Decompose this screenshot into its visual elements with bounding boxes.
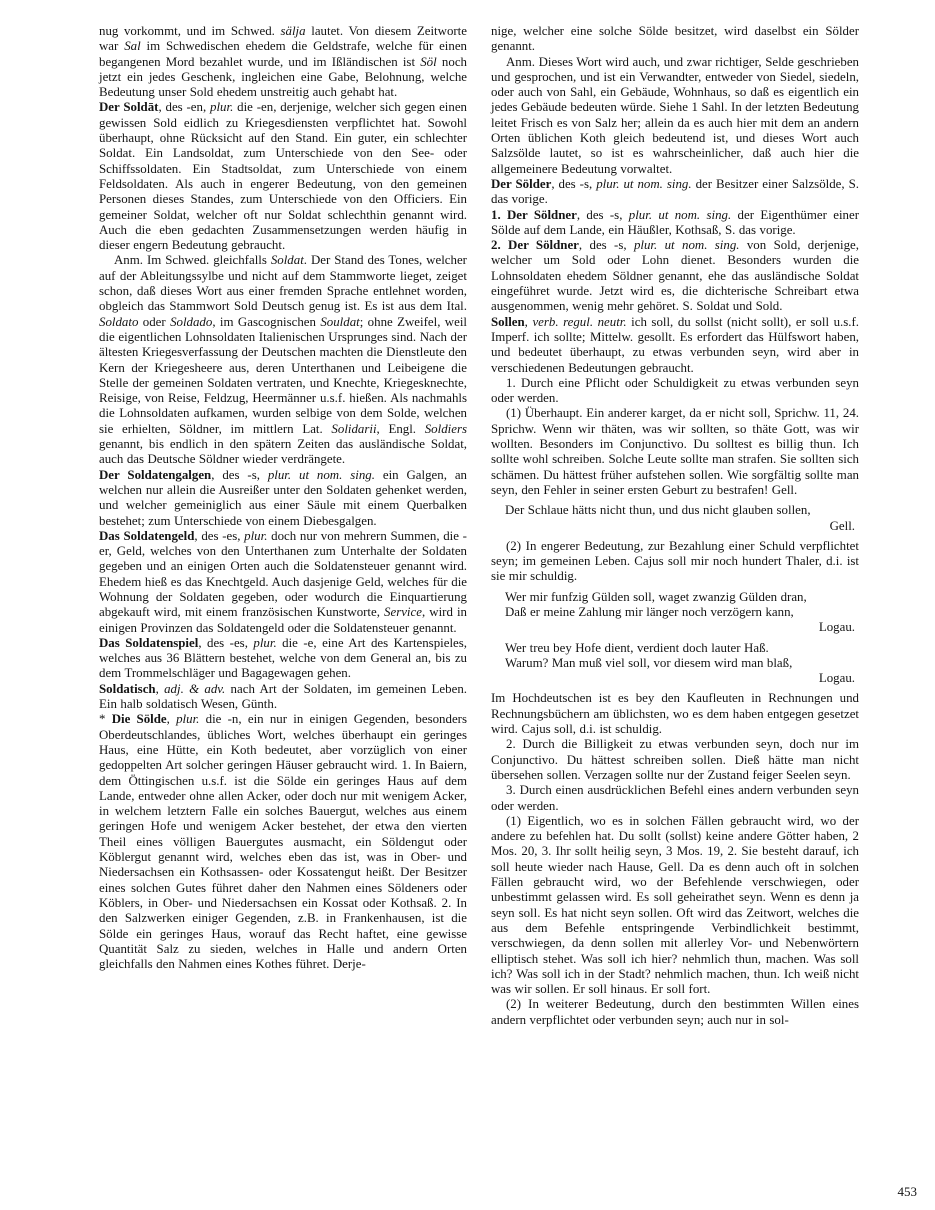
text-run: 1. Durch eine Pflicht oder Schuldigkeit …	[491, 376, 859, 405]
text-run: Im Hochdeutschen ist es bey den Kaufleut…	[491, 691, 859, 736]
continuation-paragraph: nige, welcher eine solche Sölde besitzet…	[491, 24, 859, 55]
verse-paragraph: Daß er meine Zahlung mir länger noch ver…	[491, 605, 859, 620]
verse-paragraph: Warum? Man muß viel soll, vor diesem wir…	[491, 656, 859, 671]
text-run: Warum? Man muß viel soll, vor diesem wir…	[505, 656, 792, 670]
left-column: nug vorkommt, und im Schwed. sälja laute…	[99, 24, 467, 1028]
grammar-label: plur. ut nom. sing.	[629, 208, 731, 222]
text-run: 3. Durch einen ausdrücklichen Befehl ein…	[491, 783, 859, 812]
entry-paragraph: Das Soldatengeld, des -es, plur. doch nu…	[99, 529, 467, 636]
text-run: , Engl.	[377, 422, 425, 436]
text-run: , des -s,	[211, 468, 268, 482]
text-columns: nug vorkommt, und im Schwed. sälja laute…	[99, 24, 859, 1028]
text-run: 2. Durch die Billigkeit zu etwas verbund…	[491, 737, 859, 782]
attribution-paragraph: Logau.	[491, 620, 859, 635]
entry-paragraph: Der Sölder, des -s, plur. ut nom. sing. …	[491, 177, 859, 208]
text-run: nige, welcher eine solche Sölde besitzet…	[491, 24, 859, 53]
continuation-paragraph: Im Hochdeutschen ist es bey den Kaufleut…	[491, 691, 859, 737]
attribution-paragraph: Gell.	[491, 519, 859, 534]
text-run: , des -s,	[579, 238, 634, 252]
text-run: Daß er meine Zahlung mir länger noch ver…	[505, 605, 794, 619]
text-run: Der Schlaue hätts nicht thun, und dus ni…	[505, 503, 811, 517]
headword: Soldatisch	[99, 682, 156, 696]
verse-paragraph: Wer treu bey Hofe dient, verdient doch l…	[491, 641, 859, 656]
grammar-label: sälja	[281, 24, 306, 38]
text-run: Logau.	[819, 671, 855, 685]
text-run: , des -es,	[194, 529, 244, 543]
text-run: (1) Überhaupt. Ein anderer karget, da er…	[491, 406, 859, 496]
headword: Der Sölder	[491, 177, 551, 191]
right-column: nige, welcher eine solche Sölde besitzet…	[491, 24, 859, 1028]
text-run: , des -s,	[551, 177, 596, 191]
section-paragraph: (1) Überhaupt. Ein anderer karget, da er…	[491, 406, 859, 498]
grammar-label: adj. & adv.	[164, 682, 225, 696]
headword: Der Soldatengalgen	[99, 468, 211, 482]
grammar-label: plur.	[253, 636, 276, 650]
grammar-label: plur.	[176, 712, 199, 726]
text-run: , im Gascognischen	[212, 315, 320, 329]
text-run: Gell.	[830, 519, 855, 533]
text-run: ,	[167, 712, 176, 726]
section-paragraph: 2. Durch die Billigkeit zu etwas verbund…	[491, 737, 859, 783]
entry-paragraph: 2. Der Söldner, des -s, plur. ut nom. si…	[491, 238, 859, 314]
grammar-label: Söl	[420, 55, 436, 69]
headword: Das Soldatengeld	[99, 529, 194, 543]
grammar-label: plur. ut nom. sing.	[596, 177, 691, 191]
headword: Sollen	[491, 315, 525, 329]
entry-paragraph: Das Soldatenspiel, des -es, plur. die -e…	[99, 636, 467, 682]
text-run: Wer treu bey Hofe dient, verdient doch l…	[505, 641, 769, 655]
text-run: Anm. Dieses Wort wird auch, und zwar ric…	[491, 55, 859, 176]
headword: 2. Der Söldner	[491, 238, 579, 252]
verse-paragraph: Wer mir funfzig Gülden soll, waget zwanz…	[491, 590, 859, 605]
entry-paragraph: 1. Der Söldner, des -s, plur. ut nom. si…	[491, 208, 859, 239]
page-number: 453	[898, 1185, 918, 1198]
section-paragraph: (1) Eigentlich, wo es in solchen Fällen …	[491, 814, 859, 998]
headword: 1. Der Söldner	[491, 208, 577, 222]
attribution-paragraph: Logau.	[491, 671, 859, 686]
verse-paragraph: Der Schlaue hätts nicht thun, und dus ni…	[491, 503, 859, 518]
text-run: genannt, bis endlich in den spätern Zeit…	[99, 437, 467, 466]
section-paragraph: (2) In weiterer Bedeutung, durch den bes…	[491, 997, 859, 1028]
text-run: die -n, ein nur in einigen Gegenden, bes…	[99, 712, 467, 971]
text-run: , des -es,	[198, 636, 253, 650]
text-run: Logau.	[819, 620, 855, 634]
entry-paragraph: * Die Sölde, plur. die -n, ein nur in ei…	[99, 712, 467, 972]
text-run: nug vorkommt, und im Schwed.	[99, 24, 281, 38]
text-run: Wer mir funfzig Gülden soll, waget zwanz…	[505, 590, 807, 604]
text-run: ,	[156, 682, 165, 696]
section-paragraph: 1. Durch eine Pflicht oder Schuldigkeit …	[491, 376, 859, 407]
grammar-label: Service	[384, 605, 422, 619]
section-paragraph: (2) In engerer Bedeutung, zur Bezahlung …	[491, 539, 859, 585]
text-run: die -en, derjenige, welcher sich gegen e…	[99, 100, 467, 252]
text-run: ; ohne Zweifel, weil die eigentlichen Lo…	[99, 315, 467, 436]
grammar-label: Soldato	[99, 315, 138, 329]
entry-paragraph: Soldatisch, adj. & adv. nach Art der Sol…	[99, 682, 467, 713]
continuation-paragraph: nug vorkommt, und im Schwed. sälja laute…	[99, 24, 467, 100]
entry-paragraph: Sollen, verb. regul. neutr. ich soll, du…	[491, 315, 859, 376]
text-run: im Schwedischen ehedem die Geldstrafe, w…	[99, 39, 467, 68]
text-run: , des -s,	[577, 208, 629, 222]
text-run: (1) Eigentlich, wo es in solchen Fällen …	[491, 814, 859, 996]
grammar-label: Sal	[124, 39, 140, 53]
headword: Die Sölde	[112, 712, 167, 726]
note-paragraph: Anm. Dieses Wort wird auch, und zwar ric…	[491, 55, 859, 177]
dictionary-page: nug vorkommt, und im Schwed. sälja laute…	[0, 0, 935, 1210]
grammar-label: Soldado	[170, 315, 212, 329]
grammar-label: Soldat	[271, 253, 304, 267]
entry-paragraph: Der Soldatengalgen, des -s, plur. ut nom…	[99, 468, 467, 529]
entry-paragraph: Der Soldāt, des -en, plur. die -en, derj…	[99, 100, 467, 253]
grammar-label: plur. ut nom. sing.	[634, 238, 740, 252]
text-run: oder	[138, 315, 170, 329]
text-run: (2) In weiterer Bedeutung, durch den bes…	[491, 997, 859, 1026]
grammar-label: plur.	[244, 529, 267, 543]
grammar-label: verb. regul. neutr.	[532, 315, 626, 329]
grammar-label: Souldat	[320, 315, 359, 329]
headword: Der Soldāt	[99, 100, 158, 114]
text-run: Anm. Im Schwed. gleichfalls	[114, 253, 271, 267]
headword: Das Soldatenspiel	[99, 636, 198, 650]
note-paragraph: Anm. Im Schwed. gleichfalls Soldat. Der …	[99, 253, 467, 467]
grammar-label: plur. ut nom. sing.	[268, 468, 375, 482]
grammar-label: Solidarii	[331, 422, 376, 436]
text-run: *	[99, 712, 112, 726]
text-run: , des -en,	[158, 100, 210, 114]
section-paragraph: 3. Durch einen ausdrücklichen Befehl ein…	[491, 783, 859, 814]
grammar-label: Soldiers	[425, 422, 467, 436]
text-run: (2) In engerer Bedeutung, zur Bezahlung …	[491, 539, 859, 584]
grammar-label: plur.	[210, 100, 233, 114]
